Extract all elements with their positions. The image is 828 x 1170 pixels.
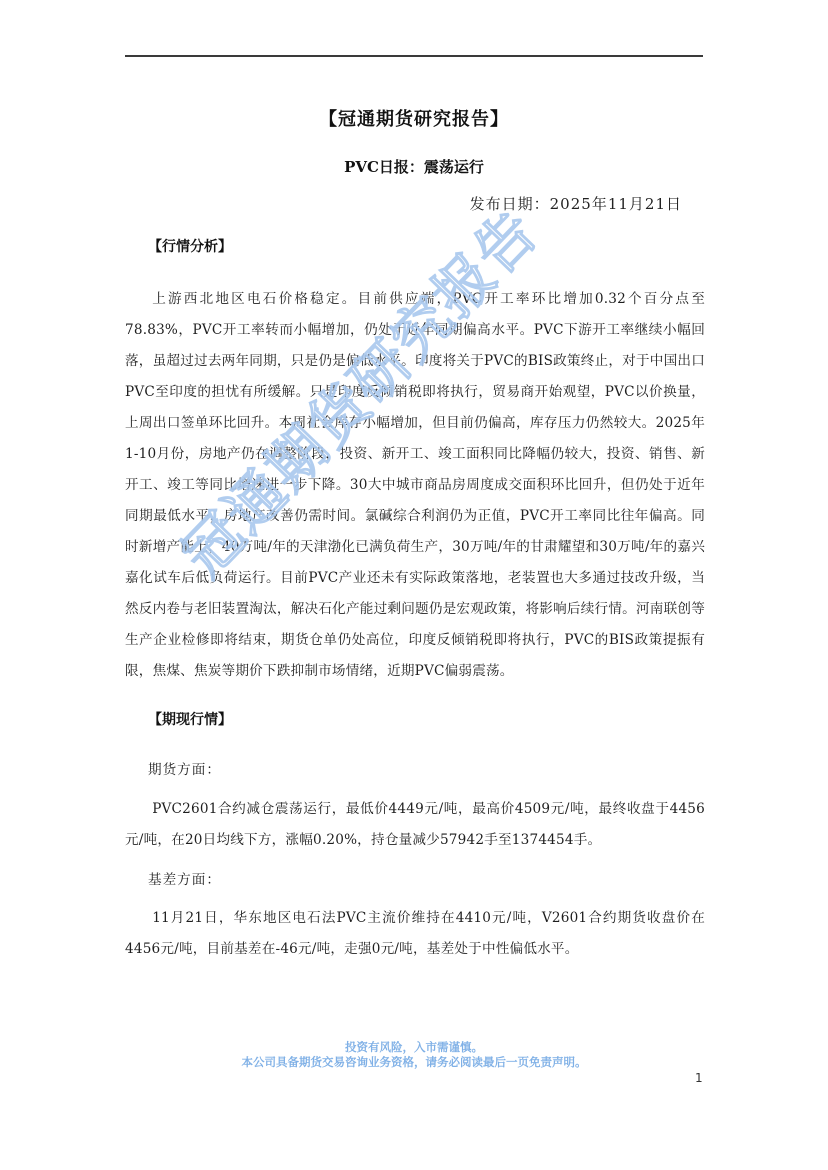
- report-title: 【冠通期货研究报告】: [0, 105, 828, 131]
- futures-paragraph: PVC2601合约减仓震荡运行，最低价4449元/吨，最高价4509元/吨，最终…: [125, 794, 705, 856]
- disclaimer-notice: 本公司具备期货交易咨询业务资格，请务必阅读最后一页免责声明。: [0, 1055, 828, 1070]
- basis-paragraph: 11月21日，华东地区电石法PVC主流价维持在4410元/吨，V2601合约期货…: [125, 903, 705, 965]
- report-subtitle: PVC日报：震荡运行: [0, 156, 828, 177]
- market-analysis-paragraph: 上游西北地区电石价格稳定。目前供应端，PVC开工率环比增加0.32个百分点至78…: [125, 284, 705, 687]
- footer-notice: 投资有风险，入市需谨慎。 本公司具备期货交易咨询业务资格，请务必阅读最后一页免责…: [0, 1040, 828, 1070]
- publish-date: 发布日期：2025年11月21日: [470, 193, 682, 214]
- header-divider: [125, 55, 703, 57]
- document-page: 【冠通期货研究报告】 PVC日报：震荡运行 发布日期：2025年11月21日 【…: [0, 0, 828, 1170]
- section-heading-market-analysis: 【行情分析】: [148, 236, 232, 256]
- page-number: 1: [695, 1071, 703, 1085]
- futures-label: 期货方面：: [148, 758, 221, 778]
- section-heading-futures-spot: 【期现行情】: [148, 709, 232, 729]
- basis-label: 基差方面：: [148, 868, 221, 888]
- risk-notice: 投资有风险，入市需谨慎。: [0, 1040, 828, 1055]
